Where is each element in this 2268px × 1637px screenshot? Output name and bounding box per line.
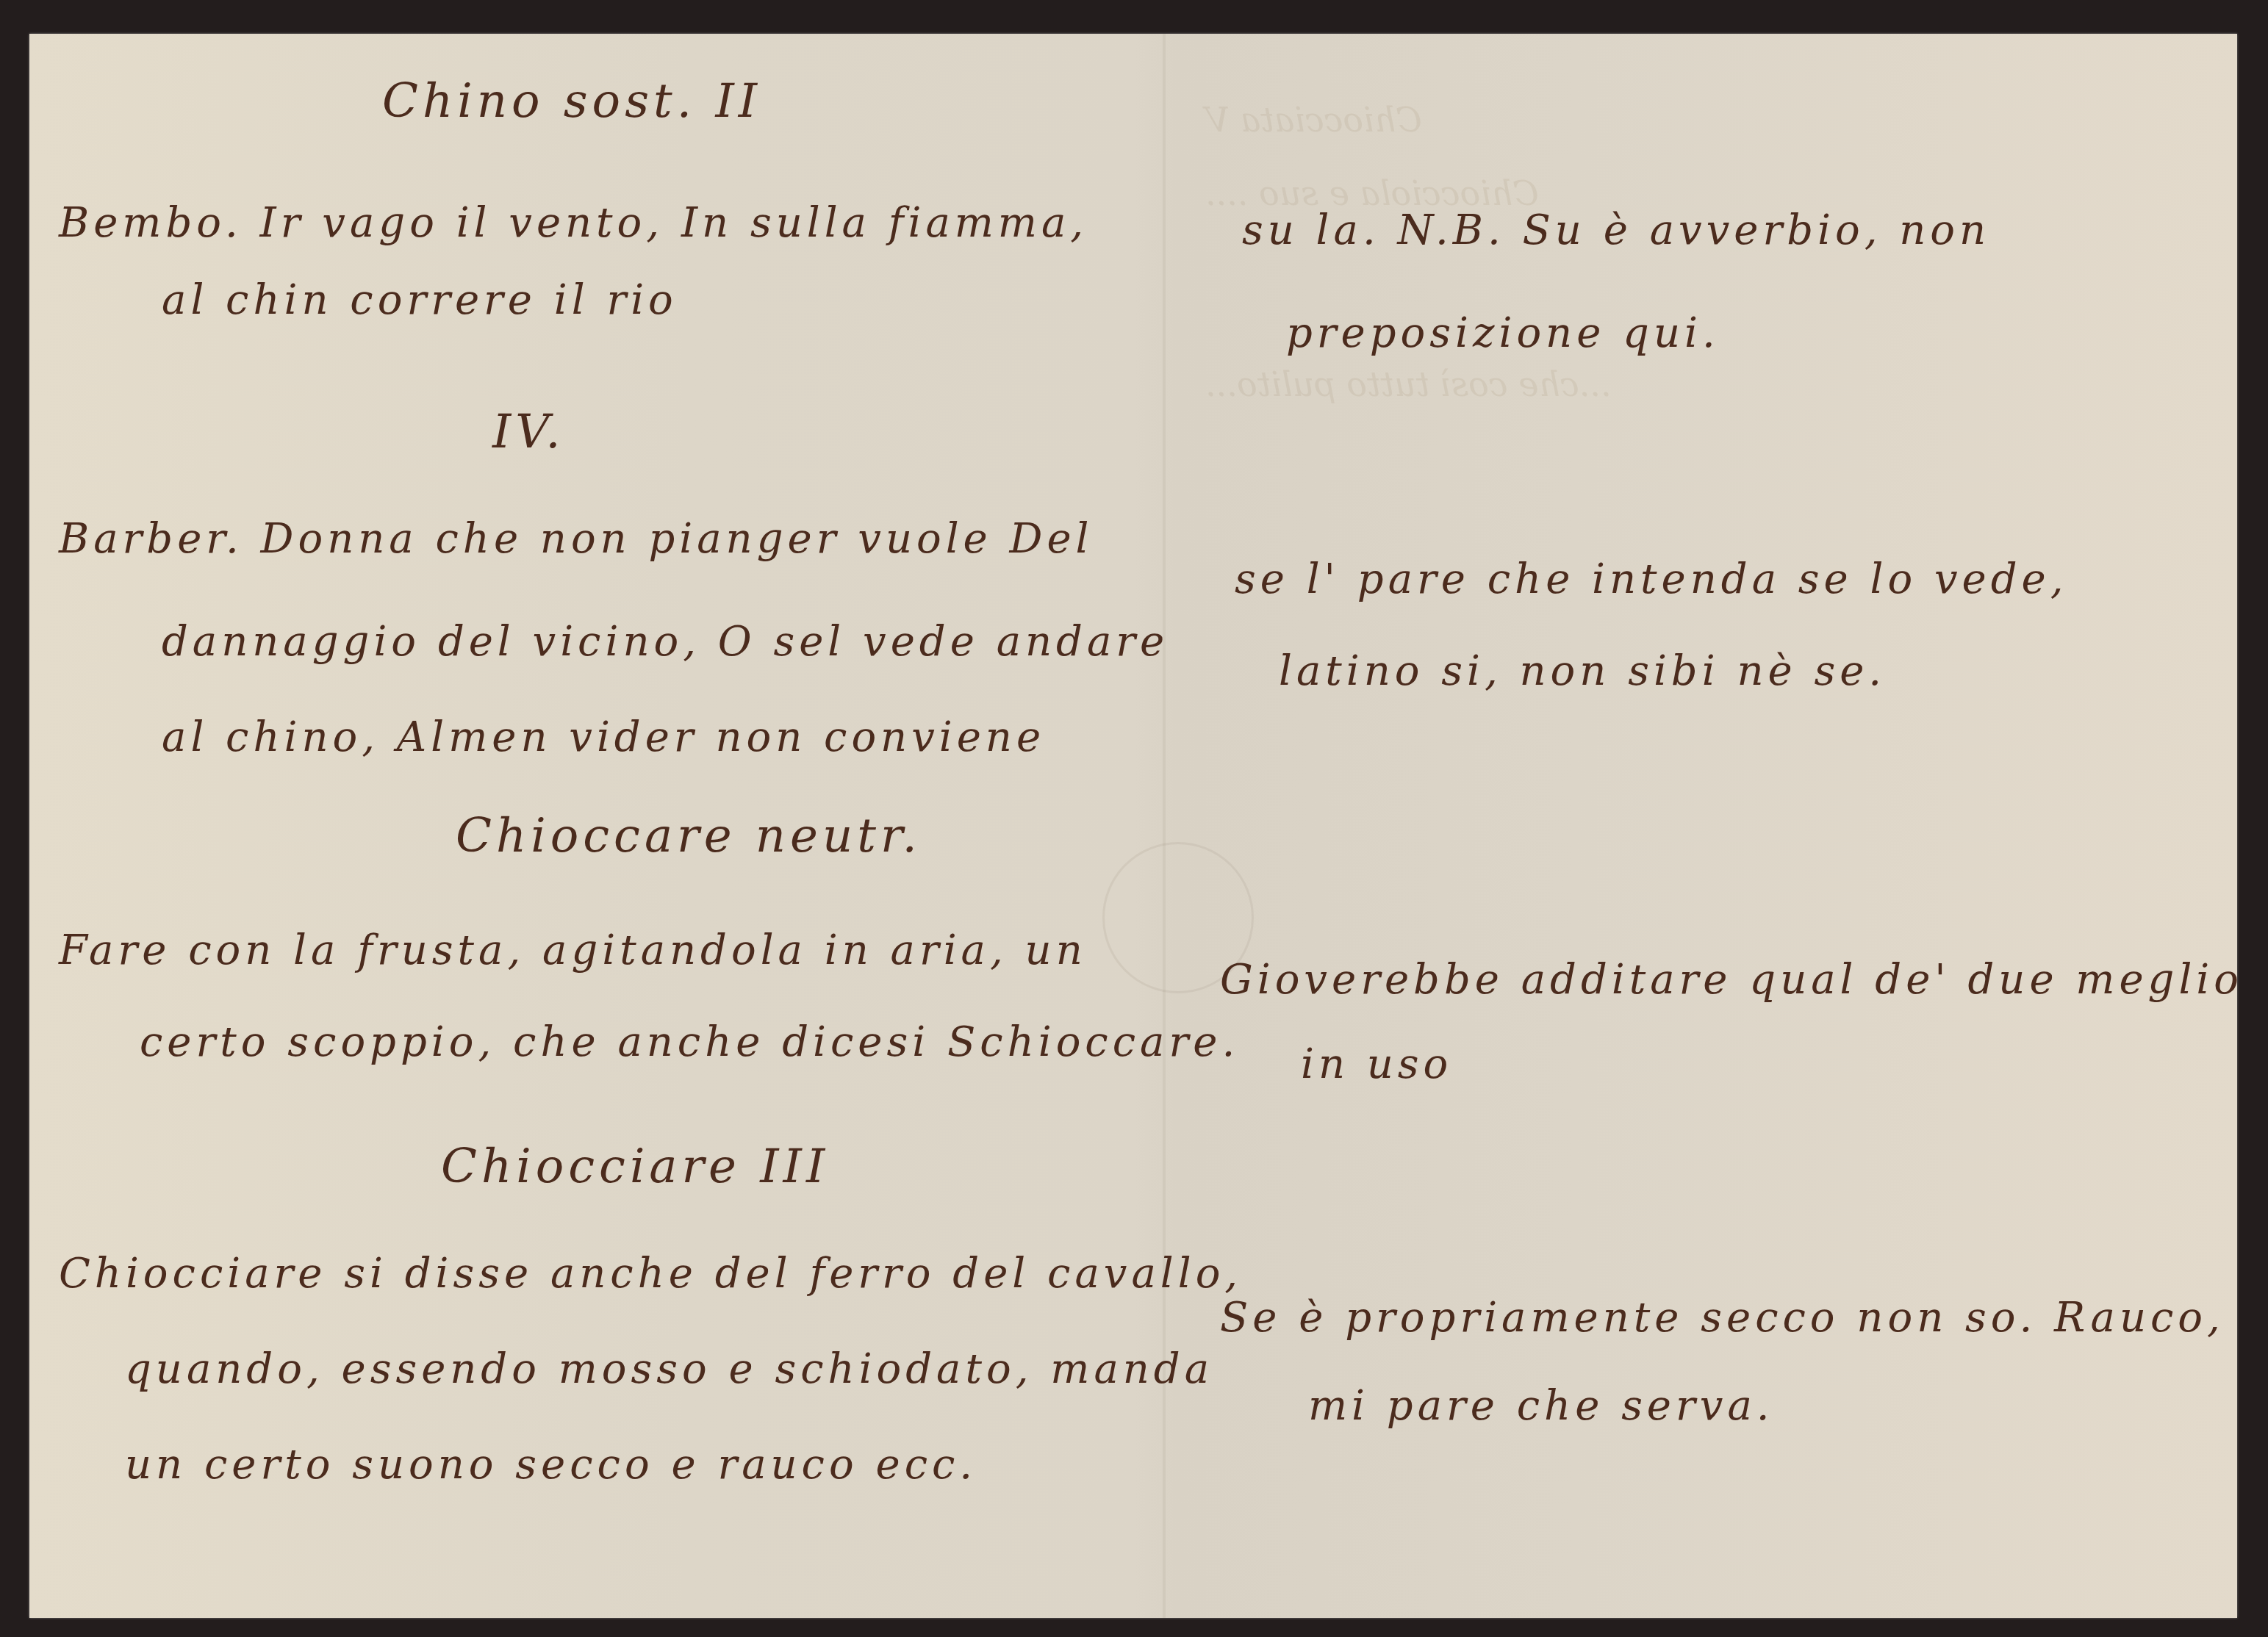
note-line: preposizione qui. <box>1286 313 1720 354</box>
entry-heading-iv: IV. <box>492 409 565 456</box>
entry-line: certo scoppio, che anche dicesi Schiocca… <box>140 1022 1239 1063</box>
bleedthrough-text: Chiocciata V <box>1205 100 1422 140</box>
note-line: in uso <box>1301 1044 1452 1085</box>
note-line: latino si, non sibi nè se. <box>1279 651 1886 692</box>
entry-heading-chiocciare: Chiocciare III <box>441 1143 829 1190</box>
entry-line: dannaggio del vicino, O sel vede andare <box>162 622 1169 663</box>
entry-line: al chin correre il rio <box>162 280 678 321</box>
bleedthrough-text: ...che così tutto pulito... <box>1205 364 1612 404</box>
entry-line: al chino, Almen vider non conviene <box>162 717 1045 758</box>
note-line: Se è propriamente secco non so. Rauco, <box>1220 1298 2225 1339</box>
entry-line: quando, essendo mosso e schiodato, manda <box>125 1349 1213 1390</box>
entry-line: Fare con la frusta, agitandola in aria, … <box>59 930 1087 971</box>
entry-heading-chino: Chino sost. II <box>382 78 761 125</box>
entry-heading-chioccare: Chioccare neutr. <box>456 813 922 860</box>
entry-line: un certo suono secco e rauco ecc. <box>125 1444 977 1486</box>
entry-line: Chiocciare si disse anche del ferro del … <box>59 1253 1242 1295</box>
manuscript-page: Chiocciata V Chiocciola e suo .... ...ch… <box>29 34 2237 1618</box>
entry-line: Bembo. Ir vago il vento, In sulla fiamma… <box>59 203 1088 244</box>
entry-line: Barber. Donna che non pianger vuole Del <box>59 519 1093 560</box>
note-line: mi pare che serva. <box>1308 1386 1774 1427</box>
note-line: Gioverebbe additare qual de' due meglio <box>1220 960 2243 1001</box>
note-line: se l' pare che intenda se lo vede, <box>1235 559 2068 600</box>
note-line: su la. N.B. Su è avverbio, non <box>1242 210 1990 251</box>
